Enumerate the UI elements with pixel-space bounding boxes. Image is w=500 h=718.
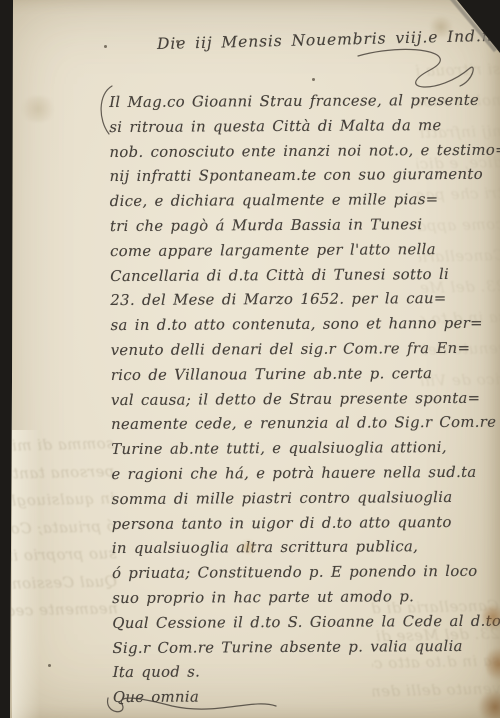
manuscript-line: persona tanto in uigor di d.to atto quan… <box>112 511 454 538</box>
manuscript-line: Turine ab.nte tutti, e qualsiuoglia atti… <box>111 436 453 463</box>
manuscript-line: somma di mille piastri contro qualsiuogl… <box>112 486 454 513</box>
manuscript-line: in qualsiuoglia altra scrittura publica, <box>112 535 454 562</box>
manuscript-line: val causa; il detto de Strau presente sp… <box>111 387 453 414</box>
manuscript-body: Il Mag.co Gioanni Strau francese, al pre… <box>109 89 455 711</box>
manuscript-line: Cancellaria di d.ta Città di Tunesi sott… <box>110 263 452 290</box>
ink-speck <box>48 664 51 667</box>
manuscript-line: sa in d.to atto contenuta, sono et hanno… <box>110 312 452 339</box>
manuscript-line: dice, e dichiara qualmente e mille pias= <box>110 188 452 215</box>
manuscript-line: tri che pagò á Murda Bassia in Tunesi <box>110 213 452 240</box>
scan-background: { "manuscript": { "header_date": "Die ii… <box>0 0 500 718</box>
manuscript-line: nij infratti Spontaneam.te con suo giura… <box>110 163 452 190</box>
manuscript-line: si ritroua in questa Città di Malta da m… <box>109 114 451 141</box>
ink-flourish-date <box>352 46 482 94</box>
manuscript-page: somma di mille piastri contro qualsiuogl… <box>0 0 500 718</box>
manuscript-line: come appare largamente per l'atto nella <box>110 238 452 265</box>
manuscript-line: nob. conosciuto ente inanzi noi not.o, e… <box>109 139 451 166</box>
manuscript-line: suo proprio in hac parte ut amodo p. <box>112 585 454 612</box>
manuscript-closing-line: Que omnia <box>113 684 455 711</box>
manuscript-line: rico de Villanoua Turine ab.nte p. certa <box>111 362 453 389</box>
paper-fold-highlight <box>12 430 40 718</box>
edge-stain <box>478 690 500 718</box>
edge-stain <box>486 644 500 684</box>
ink-speck <box>104 45 107 48</box>
date-line: Die iij Mensis Nouembris viij.e Ind.nis … <box>157 27 487 53</box>
manuscript-line: Il Mag.co Gioanni Strau francese, al pre… <box>109 89 451 116</box>
manuscript-line: neamente cede, e renunzia al d.to Sig.r … <box>111 411 453 438</box>
manuscript-line: Qual Cessione il d.to S. Gioanne la Cede… <box>112 610 454 637</box>
manuscript-line: venuto delli denari del sig.r Com.re fra… <box>111 337 453 364</box>
manuscript-closing-line: Ita quod s. <box>113 659 455 686</box>
ink-speck <box>312 78 315 81</box>
manuscript-line: 23. del Mese di Marzo 1652. per la cau= <box>110 287 452 314</box>
paper-smudge <box>18 96 58 122</box>
manuscript-line: Sig.r Com.re Turine absente p. valia qua… <box>112 634 454 661</box>
manuscript-line: ó priuata; Constituendo p. E ponendo in … <box>112 560 454 587</box>
manuscript-line: e ragioni che há, e potrà hauere nella s… <box>111 461 453 488</box>
bleedthrough-text: somma di mille piastri contro qualsiuogl… <box>0 430 118 641</box>
